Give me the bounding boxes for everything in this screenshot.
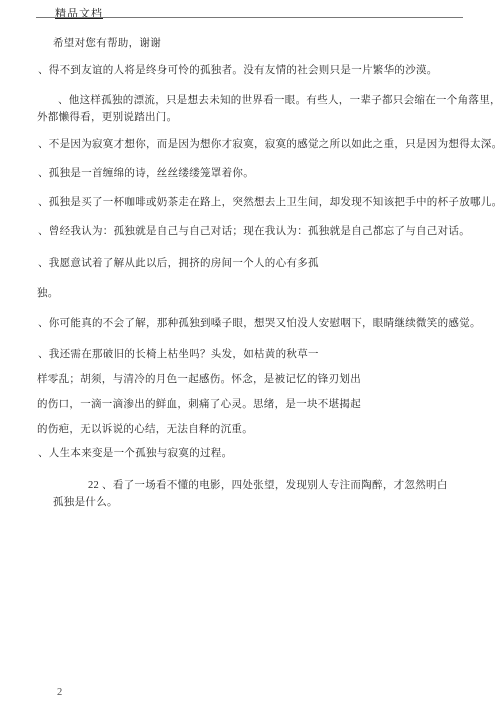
text-line: 、我愿意试着了解从此以后，拥挤的房间一个人的心有多孤 xyxy=(38,258,319,270)
text-line: 、孤独是买了一杯咖啡或奶茶走在路上，突然想去上卫生间，却发现不知该把手中的杯子放… xyxy=(38,197,500,209)
text-line: 、我还需在那破旧的长椅上枯坐吗？头发，如枯黄的秋草一 xyxy=(38,349,319,361)
text-line: 22 、看了一场看不懂的电影，四处张望，发现别人专注而陶醉，才忽然明白 xyxy=(88,480,448,492)
page-number: 2 xyxy=(57,687,62,698)
text-line: 、他这样孤独的漂流，只是想去未知的世界看一眼。有些人，一辈子都只会缩在一个角落里… xyxy=(58,95,500,107)
text-line: 希望对您有帮助，谢谢 xyxy=(53,38,161,50)
text-line: 、得不到友谊的人将是终身可怜的孤独者。没有友情的社会则只是一片繁华的沙漠。 xyxy=(38,65,438,77)
text-line: 孤独是什么。 xyxy=(53,497,118,509)
text-line: 样零乱；胡须，与清冷的月色一起感伤。怀念，是被记忆的锋刃划出 xyxy=(37,374,361,386)
header-rule xyxy=(36,17,463,18)
text-line: 、不是因为寂寞才想你，而是因为想你才寂寞，寂寞的感觉之所以如此之重，只是因为想得… xyxy=(38,139,500,151)
text-line: 、你可能真的不会了解，那种孤独到嗓子眼，想哭又怕没人安慰咽下，眼睛继续微笑的感觉… xyxy=(38,318,481,330)
text-line: 独。 xyxy=(37,288,59,300)
document-page: 精品文档 希望对您有帮助，谢谢 、得不到友谊的人将是终身可怜的孤独者。没有友情的… xyxy=(0,0,500,708)
text-line: 、人生本来变是一个孤独与寂寞的过程。 xyxy=(38,448,232,460)
text-line: 的伤疤，无以诉说的心结，无法自释的沉重。 xyxy=(37,424,253,436)
header-title: 精品文档 xyxy=(55,5,103,21)
text-line: 、曾经我认为：孤独就是自己与自己对话；现在我认为：孤独就是自己都忘了与自己对话。 xyxy=(38,226,470,238)
text-line: 外都懒得看，更别说踏出门。 xyxy=(37,112,177,124)
text-line: 、孤独是一首缠绵的诗，丝丝缕缕笼罩着你。 xyxy=(38,168,254,180)
text-line: 的伤口，一滴一滴渗出的鲜血，刺痛了心灵。思绪，是一块不堪揭起 xyxy=(37,399,361,411)
